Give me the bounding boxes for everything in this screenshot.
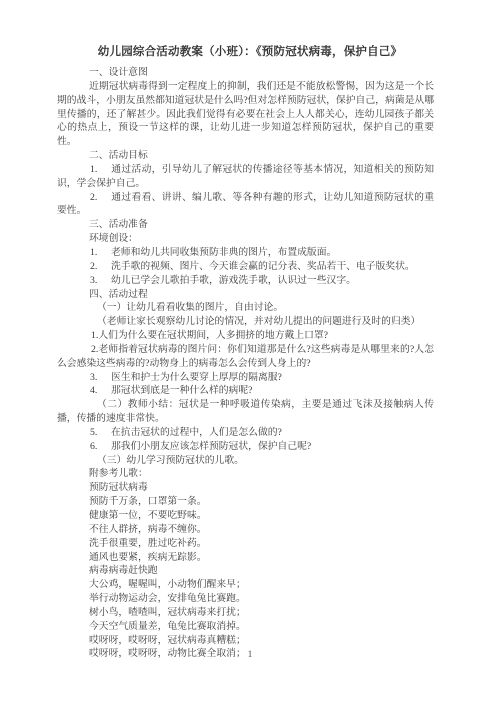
document-line: 大公鸡，喔喔叫，小动物们醒来早； [57, 578, 434, 592]
document-line: （二）教师小结：冠状是一种呼吸道传染病，主要是通过飞沫及接触病人传播，传播的速度… [57, 398, 434, 426]
document-line: 一、设计意图 [57, 66, 434, 80]
document-line: 环境创设： [57, 232, 434, 246]
list-number: 6. [90, 440, 111, 454]
document-line: 哎呀呀，哎呀呀，冠状病毒真糟糕； [57, 634, 434, 648]
document-line: 2.洗手歌的视频、图片、今天谁会赢的记分表、奖品若干、电子版奖状。 [57, 260, 434, 274]
document-line: （一）让幼儿看看收集的图片，自由讨论。 [57, 301, 434, 315]
document-line: 1.老师和幼儿共同收集预防非典的图片，布置成版面。 [57, 246, 434, 260]
document-line: 1.人们为什么要在冠状期间，人多拥挤的地方戴上口罩? [57, 329, 434, 343]
document-line: 今天空气质量差，龟兔比赛取消掉。 [57, 620, 434, 634]
list-number: 4. [90, 384, 111, 398]
document-line: 病毒病毒赶快跑 [57, 564, 434, 578]
document-body: 一、设计意图近期冠状病毒得到一定程度上的抑制，我们还是不能放松警惕，因为这是一个… [57, 66, 434, 661]
document-line: （老师让家长观察幼儿讨论的情况，并对幼儿提出的问题进行及时的归类） [57, 315, 434, 329]
document-line: 2.老师指着冠状病毒的图片问：你们知道那是什么?这些病毒是从哪里来的?人怎么会感… [57, 343, 434, 371]
list-number: 2. [90, 191, 111, 205]
document-line: 三、活动准备 [57, 218, 434, 232]
document-line: 通风也要紧，疾病无踪影。 [57, 551, 434, 565]
list-number: 3. [90, 371, 111, 385]
list-number: 5. [90, 426, 111, 440]
document-line: 不往人群挤，病毒不缠你。 [57, 523, 434, 537]
document-line: 附参考儿歌： [57, 467, 434, 481]
document-line: 3.幼儿已学会儿歌拍手歌，游戏洗手歌，认识过一些汉字。 [57, 274, 434, 288]
document-line: 近期冠状病毒得到一定程度上的抑制，我们还是不能放松警惕，因为这是一个长期的战斗，… [57, 80, 434, 149]
document-line: 1.通过活动，引导幼儿了解冠状的传播途径等基本情况，知道相关的预防知识，学会保护… [57, 163, 434, 191]
document-line: 2.通过看看、讲讲、编儿歌、等各种有趣的形式，让幼儿知道预防冠状的重要性。 [57, 191, 434, 219]
document-line: 举行动物运动会，安排龟兔比赛跑。 [57, 592, 434, 606]
list-number: 2. [90, 260, 111, 274]
document-line: 5.在抗击冠状的过程中，人们是怎么做的? [57, 426, 434, 440]
document-line: 6.那我们小朋友应该怎样预防冠状，保护自己呢? [57, 440, 434, 454]
document-line: （三）幼儿学习预防冠状的儿歌。 [57, 454, 434, 468]
page-number: 1 [0, 649, 500, 659]
document-title: 幼儿园综合活动教案（小班）：《预防冠状病毒，保护自己》 [0, 45, 500, 59]
document-line: 预防千万条，口罩第一条。 [57, 495, 434, 509]
document-line: 洗手很重要，胜过吃补药。 [57, 537, 434, 551]
list-number: 1. [90, 246, 111, 260]
list-number: 3. [90, 274, 111, 288]
document-line: 四、活动过程 [57, 288, 434, 302]
document-line: 二、活动目标 [57, 149, 434, 163]
document-line: 健康第一位，不要吃野味。 [57, 509, 434, 523]
list-number: 1. [90, 163, 111, 177]
document-page: 幼儿园综合活动教案（小班）：《预防冠状病毒，保护自己》 一、设计意图近期冠状病毒… [0, 0, 500, 707]
document-line: 预防冠状病毒 [57, 481, 434, 495]
document-line: 树小鸟，喳喳叫，冠状病毒来打扰； [57, 606, 434, 620]
document-line: 4.那冠状到底是一种什么样的病呢? [57, 384, 434, 398]
document-line: 3.医生和护士为什么要穿上厚厚的隔离服? [57, 371, 434, 385]
